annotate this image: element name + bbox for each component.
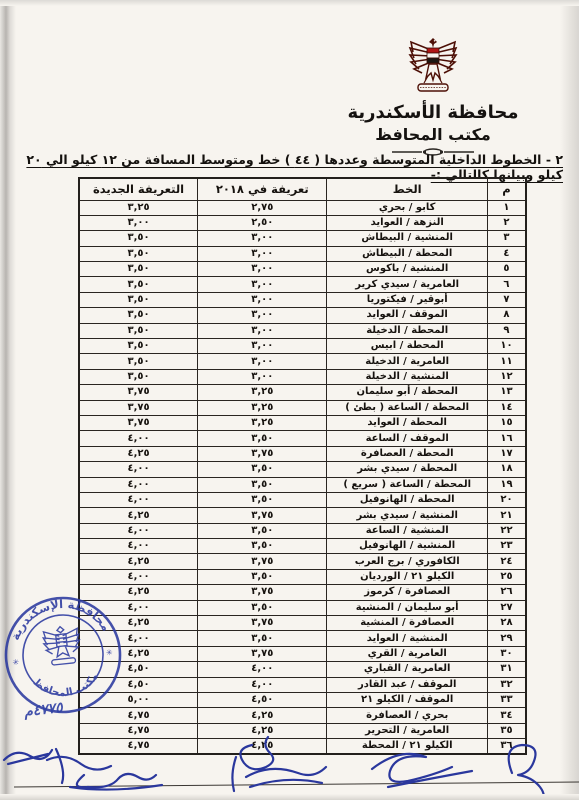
- row-number: ٢٢: [487, 523, 526, 538]
- row-number: ٣٤: [487, 708, 526, 723]
- tariff-new-value: ٤,٠٠: [79, 539, 198, 554]
- table-row: ٣٦الكيلو ٢١ / المحطة٤,٢٥٤,٧٥: [79, 739, 526, 754]
- row-number: ٢: [487, 215, 526, 230]
- row-number: ٨: [487, 308, 526, 323]
- route-name: العامرية / التحرير: [327, 723, 487, 738]
- route-name: الموقف / العوايد: [327, 308, 487, 323]
- tariff-2018-value: ٣,٥٠: [198, 492, 327, 507]
- route-name: الكيلو ٢١ / الورديان: [327, 569, 487, 584]
- tariff-2018-value: ٣,٠٠: [198, 292, 327, 307]
- table-row: ٢٥الكيلو ٢١ / الورديان٣,٥٠٤,٠٠: [79, 569, 526, 584]
- row-number: ٢٩: [487, 631, 526, 646]
- tariff-2018-value: ٤,٥٠: [198, 693, 327, 708]
- row-number: ٢٣: [487, 539, 526, 554]
- table-row: ٦العامرية / سيدي كرير٣,٠٠٣,٥٠: [79, 277, 526, 292]
- tariff-2018-value: ٣,٠٠: [198, 339, 327, 354]
- tariff-2018-value: ٤,٢٥: [198, 723, 327, 738]
- row-number: ١٠: [487, 339, 526, 354]
- tariff-2018-value: ٣,٥٠: [198, 431, 327, 446]
- table-row: ٣٠العامرية / القري٣,٧٥٤,٢٥: [79, 646, 526, 661]
- stamp-star-right: ✳: [106, 648, 114, 658]
- tariff-new-value: ٣,٥٠: [79, 246, 198, 261]
- table-row: ٢٠المحطة / الهانوفيل٣,٥٠٤,٠٠: [79, 492, 526, 507]
- tariff-new-value: ٤,٠٠: [79, 431, 198, 446]
- table-row: ٣٣الموقف / الكيلو ٢١٤,٥٠٥,٠٠: [79, 693, 526, 708]
- route-name: العامرية / الدخيلة: [327, 354, 487, 369]
- table-row: ١كابو / بحري٢,٧٥٣,٢٥: [79, 200, 526, 215]
- tariff-new-value: ٤,٧٥: [79, 723, 198, 738]
- table-row: ٢٤الكافوري / برج العرب٣,٧٥٤,٢٥: [79, 554, 526, 569]
- row-number: ١١: [487, 354, 526, 369]
- tariff-2018-value: ٣,٥٠: [198, 523, 327, 538]
- table-row: ٢١المنشية / سيدي بشر٣,٧٥٤,٢٥: [79, 508, 526, 523]
- route-name: المنشية / الساعة: [327, 523, 487, 538]
- tariff-new-value: ٣,٥٠: [79, 262, 198, 277]
- row-number: ٢٨: [487, 616, 526, 631]
- table-row: ٥المنشية / باكوس٣,٠٠٣,٥٠: [79, 262, 526, 277]
- route-name: المحطة / الساعة ( بطئ ): [327, 400, 487, 415]
- tariff-new-value: ٣,٥٠: [79, 354, 198, 369]
- route-name: المحطة / الهانوفيل: [327, 492, 487, 507]
- tariff-new-value: ٣,٥٠: [79, 277, 198, 292]
- tariff-2018-value: ٣,٥٠: [198, 477, 327, 492]
- stamp-bottom-text: مكتب المحافظ: [30, 670, 103, 703]
- table-row: ٢النزهة / العوايد٢,٥٠٣,٠٠: [79, 215, 526, 230]
- signature-left: [47, 749, 162, 790]
- table-row: ١٦الموقف / الساعة٣,٥٠٤,٠٠: [79, 431, 526, 446]
- handwritten-note: ٤٧٧٥م: [23, 700, 63, 721]
- route-name: الكيلو ٢١ / المحطة: [327, 739, 487, 754]
- row-number: ٣٠: [487, 646, 526, 661]
- office-name: مكتب المحافظ: [343, 125, 523, 144]
- tariff-new-value: ٤,٠٠: [79, 477, 198, 492]
- row-number: ٩: [487, 323, 526, 338]
- route-name: المنشية / الهانوفيل: [327, 539, 487, 554]
- svg-text:مكتب المحافظ: مكتب المحافظ: [30, 670, 103, 703]
- header-tariff-2018: تعريفة في ٢٠١٨: [198, 178, 327, 200]
- tariff-2018-value: ٤,٢٥: [198, 739, 327, 754]
- row-number: ١٨: [487, 462, 526, 477]
- route-name: المنشية / سيدي بشر: [327, 508, 487, 523]
- route-name: المنشية / البيطاش: [327, 231, 487, 246]
- tariff-2018-value: ٣,٧٥: [198, 508, 327, 523]
- row-number: ٣: [487, 231, 526, 246]
- table-row: ٧أبوقير / فيكتوريا٣,٠٠٣,٥٠: [79, 292, 526, 307]
- tariff-new-value: ٤,٠٠: [79, 523, 198, 538]
- route-name: المحطة / ابيس: [327, 339, 487, 354]
- route-name: المنشية / العوايد: [327, 631, 487, 646]
- tariff-new-value: ٤,٢٥: [79, 446, 198, 461]
- tariff-2018-value: ٣,٧٥: [198, 616, 327, 631]
- tariff-2018-value: ٢,٧٥: [198, 200, 327, 215]
- row-number: ٣١: [487, 662, 526, 677]
- tariff-new-value: ٣,٠٠: [79, 215, 198, 230]
- tariff-new-value: ٤,٠٠: [79, 569, 198, 584]
- tariff-2018-value: ٣,٠٠: [198, 308, 327, 323]
- row-number: ٢٥: [487, 569, 526, 584]
- table-row: ٢٨العصافرة / المنشية٣,٧٥٤,٢٥: [79, 616, 526, 631]
- tariff-2018-value: ٤,٠٠: [198, 662, 327, 677]
- tariff-2018-value: ٢,٥٠: [198, 215, 327, 230]
- tariff-new-value: ٣,٥٠: [79, 231, 198, 246]
- tariff-2018-value: ٣,٥٠: [198, 569, 327, 584]
- row-number: ٣٥: [487, 723, 526, 738]
- route-name: الكافوري / برج العرب: [327, 554, 487, 569]
- tariff-new-value: ٣,٧٥: [79, 400, 198, 415]
- row-number: ٢١: [487, 508, 526, 523]
- row-number: ١٥: [487, 415, 526, 430]
- route-name: الموقف / الكيلو ٢١: [327, 693, 487, 708]
- route-name: أبوقير / فيكتوريا: [327, 292, 487, 307]
- tariff-2018-value: ٣,٥٠: [198, 539, 327, 554]
- tariff-2018-value: ٣,٥٠: [198, 631, 327, 646]
- route-name: العامرية / القباري: [327, 662, 487, 677]
- tariff-new-value: ٤,٧٥: [79, 739, 198, 754]
- tariff-2018-value: ٣,٢٥: [198, 415, 327, 430]
- row-number: ٦: [487, 277, 526, 292]
- row-number: ٥: [487, 262, 526, 277]
- tariff-2018-value: ٣,٠٠: [198, 231, 327, 246]
- tariff-2018-value: ٣,٧٥: [198, 446, 327, 461]
- tariff-new-value: ٣,٥٠: [79, 308, 198, 323]
- tariff-2018-value: ٣,٧٥: [198, 554, 327, 569]
- table-row: ٣٥العامرية / التحرير٤,٢٥٤,٧٥: [79, 723, 526, 738]
- row-number: ٢٠: [487, 492, 526, 507]
- table-header-row: م الخط تعريفة في ٢٠١٨ التعريفة الجديدة: [79, 178, 526, 200]
- tariff-2018-value: ٣,٥٠: [198, 600, 327, 615]
- route-name: بحري / العصافرة: [327, 708, 487, 723]
- table-row: ٢٧أبو سليمان / المنشية٣,٥٠٤,٠٠: [79, 600, 526, 615]
- table-row: ١٤المحطة / الساعة ( بطئ )٣,٢٥٣,٧٥: [79, 400, 526, 415]
- org-name: محافظة الأسكندرية: [343, 102, 523, 123]
- tariff-2018-value: ٣,٧٥: [198, 646, 327, 661]
- tariff-2018-value: ٣,٧٥: [198, 585, 327, 600]
- row-number: ١٤: [487, 400, 526, 415]
- route-name: العصافرة / كرموز: [327, 585, 487, 600]
- tariff-2018-value: ٣,٢٥: [198, 400, 327, 415]
- row-number: ٢٦: [487, 585, 526, 600]
- table-row: ٢٢المنشية / الساعة٣,٥٠٤,٠٠: [79, 523, 526, 538]
- row-number: ٣٦: [487, 739, 526, 754]
- tariff-2018-value: ٣,٠٠: [198, 262, 327, 277]
- tariff-new-value: ٣,٥٠: [79, 323, 198, 338]
- route-name: المحطة / سيدي بشر: [327, 462, 487, 477]
- table-row: ١٧المحطة / العصافرة٣,٧٥٤,٢٥: [79, 446, 526, 461]
- tariff-new-value: ٣,٥٠: [79, 369, 198, 384]
- route-name: المنشية / الدخيلة: [327, 369, 487, 384]
- table-row: ١٩المحطة / الساعة ( سريع )٣,٥٠٤,٠٠: [79, 477, 526, 492]
- header-number: م: [487, 178, 526, 200]
- row-number: ٣٣: [487, 693, 526, 708]
- route-name: الموقف / عبد القادر: [327, 677, 487, 692]
- table-row: ١٢المنشية / الدخيلة٣,٠٠٣,٥٠: [79, 369, 526, 384]
- tariff-2018-value: ٣,٠٠: [198, 323, 327, 338]
- row-number: ٢٤: [487, 554, 526, 569]
- tariff-new-value: ٣,٧٥: [79, 415, 198, 430]
- tariff-2018-value: ٤,٢٥: [198, 708, 327, 723]
- table-row: ٣المنشية / البيطاش٣,٠٠٣,٥٠: [79, 231, 526, 246]
- route-name: العصافرة / المنشية: [327, 616, 487, 631]
- route-name: المحطة / العوايد: [327, 415, 487, 430]
- table-row: ١٥المحطة / العوايد٣,٢٥٣,٧٥: [79, 415, 526, 430]
- tariff-2018-value: ٣,٢٥: [198, 385, 327, 400]
- row-number: ٢٧: [487, 600, 526, 615]
- row-number: ١٩: [487, 477, 526, 492]
- route-name: كابو / بحري: [327, 200, 487, 215]
- table-row: ١٨المحطة / سيدي بشر٣,٥٠٤,٠٠: [79, 462, 526, 477]
- route-name: أبو سليمان / المنشية: [327, 600, 487, 615]
- row-number: ٧: [487, 292, 526, 307]
- table-row: ١٠المحطة / ابيس٣,٠٠٣,٥٠: [79, 339, 526, 354]
- egypt-eagle-emblem: [406, 36, 460, 98]
- tariff-2018-value: ٣,٠٠: [198, 277, 327, 292]
- table-row: ٩المحطة / الدخيلة٣,٠٠٣,٥٠: [79, 323, 526, 338]
- route-name: المحطة / العصافرة: [327, 446, 487, 461]
- row-number: ٣٢: [487, 677, 526, 692]
- tariff-new-value: ٤,٠٠: [79, 462, 198, 477]
- scanned-document-page: محافظة الأسكندرية مكتب المحافظ ٢ - الخطو…: [0, 0, 579, 800]
- tariff-new-value: ٣,٥٠: [79, 292, 198, 307]
- row-number: ١٦: [487, 431, 526, 446]
- route-name: العامرية / سيدي كرير: [327, 277, 487, 292]
- tariff-new-value: ٤,٠٠: [79, 492, 198, 507]
- row-number: ١٣: [487, 385, 526, 400]
- row-number: ١: [487, 200, 526, 215]
- row-number: ١٧: [487, 446, 526, 461]
- tariff-new-value: ٣,٢٥: [79, 200, 198, 215]
- route-name: المحطة / الساعة ( سريع ): [327, 477, 487, 492]
- tariff-2018-value: ٣,٥٠: [198, 462, 327, 477]
- tariff-new-value: ٤,٢٥: [79, 554, 198, 569]
- official-round-stamp: محافظة الإسكندرية مكتب المحافظ ✳ ✳: [0, 588, 130, 722]
- tariff-new-value: ٣,٧٥: [79, 385, 198, 400]
- signature-left-small: [4, 750, 52, 764]
- stamp-eagle-icon: [42, 625, 81, 666]
- route-name: المحطة / البيطاش: [327, 246, 487, 261]
- route-name: المحطة / الدخيلة: [327, 323, 487, 338]
- table-row: ٢٣المنشية / الهانوفيل٣,٥٠٤,٠٠: [79, 539, 526, 554]
- letterhead: محافظة الأسكندرية مكتب المحافظ: [343, 36, 523, 159]
- tariff-2018-value: ٣,٠٠: [198, 369, 327, 384]
- tariff-2018-value: ٣,٠٠: [198, 354, 327, 369]
- stamp-star-left: ✳: [12, 658, 20, 668]
- route-name: المحطة / أبو سليمان: [327, 385, 487, 400]
- table-row: ١٣المحطة / أبو سليمان٣,٢٥٣,٧٥: [79, 385, 526, 400]
- route-name: المنشية / باكوس: [327, 262, 487, 277]
- table-row: ٣٤بحري / العصافرة٤,٢٥٤,٧٥: [79, 708, 526, 723]
- bottom-rule-line: [14, 782, 579, 788]
- tariff-new-value: ٤,٢٥: [79, 508, 198, 523]
- table-row: ٢٩المنشية / العوايد٣,٥٠٤,٠٠: [79, 631, 526, 646]
- table-row: ٨الموقف / العوايد٣,٠٠٣,٥٠: [79, 308, 526, 323]
- table-row: ٤المحطة / البيطاش٣,٠٠٣,٥٠: [79, 246, 526, 261]
- tariff-table: م الخط تعريفة في ٢٠١٨ التعريفة الجديدة ١…: [78, 177, 527, 755]
- table-row: ٣٢الموقف / عبد القادر٤,٠٠٤,٥٠: [79, 677, 526, 692]
- tariff-2018-value: ٤,٠٠: [198, 677, 327, 692]
- row-number: ٤: [487, 246, 526, 261]
- tariff-new-value: ٣,٥٠: [79, 339, 198, 354]
- row-number: ١٢: [487, 369, 526, 384]
- route-name: الموقف / الساعة: [327, 431, 487, 446]
- table-row: ٢٦العصافرة / كرموز٣,٧٥٤,٢٥: [79, 585, 526, 600]
- table-row: ٣١العامرية / القباري٤,٠٠٤,٥٠: [79, 662, 526, 677]
- header-tariff-new: التعريفة الجديدة: [79, 178, 198, 200]
- route-name: النزهة / العوايد: [327, 215, 487, 230]
- table-row: ١١العامرية / الدخيلة٣,٠٠٣,٥٠: [79, 354, 526, 369]
- header-route: الخط: [327, 178, 487, 200]
- tariff-2018-value: ٣,٠٠: [198, 246, 327, 261]
- route-name: العامرية / القري: [327, 646, 487, 661]
